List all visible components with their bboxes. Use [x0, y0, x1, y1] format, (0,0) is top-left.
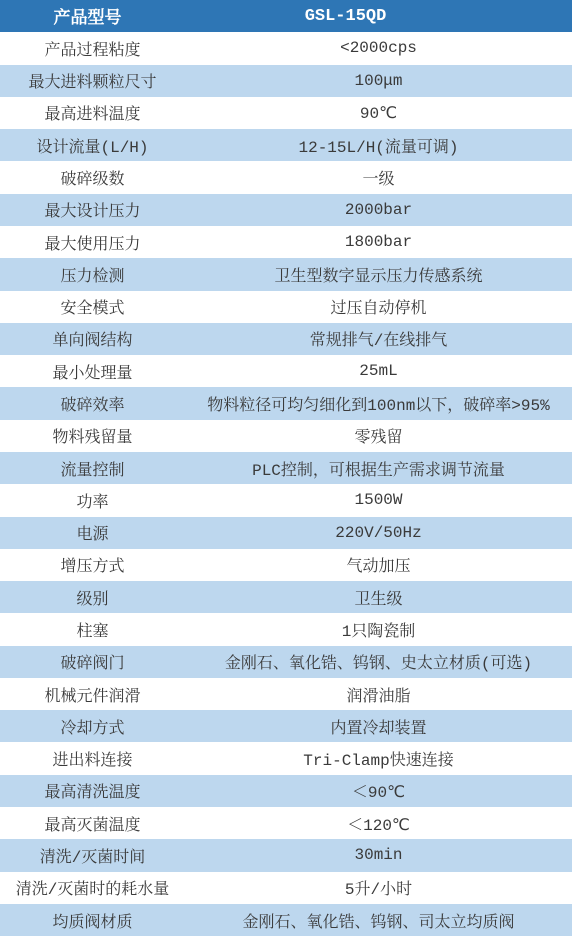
table-row: 最高清洗温度 ＜90℃	[0, 775, 572, 807]
row-label: 安全模式	[0, 295, 185, 318]
row-label: 最大设计压力	[0, 198, 185, 221]
row-value: 零残留	[185, 424, 572, 447]
row-value: 12-15L/H(流量可调)	[185, 134, 572, 157]
row-label: 均质阀材质	[0, 909, 185, 932]
row-value: 5升/小时	[185, 876, 572, 899]
table-header-row: 产品型号 GSL-15QD	[0, 0, 572, 32]
row-label: 单向阀结构	[0, 327, 185, 350]
table-row: 破碎阀门 金刚石、氧化锆、钨钢、史太立材质(可选)	[0, 646, 572, 678]
row-label: 最小处理量	[0, 360, 185, 383]
row-value: 25mL	[185, 362, 572, 380]
row-label: 增压方式	[0, 553, 185, 576]
table-row: 最大使用压力 1800bar	[0, 226, 572, 258]
table-row: 功率 1500W	[0, 484, 572, 516]
row-label: 冷却方式	[0, 715, 185, 738]
row-value: 润滑油脂	[185, 683, 572, 706]
table-row: 安全模式 过压自动停机	[0, 291, 572, 323]
row-value: 气动加压	[185, 553, 572, 576]
table-row: 进出料连接 Tri-Clamp快速连接	[0, 742, 572, 774]
row-value: ＜90℃	[185, 779, 572, 802]
table-row: 破碎级数 一级	[0, 161, 572, 193]
table-row: 流量控制 PLC控制，可根据生产需求调节流量	[0, 452, 572, 484]
row-value: 1800bar	[185, 233, 572, 251]
row-label: 最大进料颗粒尺寸	[0, 69, 185, 92]
table-row: 最高进料温度 90℃	[0, 97, 572, 129]
row-label: 破碎效率	[0, 392, 185, 415]
header-value: GSL-15QD	[185, 7, 572, 26]
table-row: 最大设计压力 2000bar	[0, 194, 572, 226]
table-row: 设计流量(L/H) 12-15L/H(流量可调)	[0, 129, 572, 161]
row-label: 流量控制	[0, 457, 185, 480]
table-row: 增压方式 气动加压	[0, 549, 572, 581]
row-value: Tri-Clamp快速连接	[185, 747, 572, 770]
table-row: 最小处理量 25mL	[0, 355, 572, 387]
row-label: 电源	[0, 521, 185, 544]
spec-table: 产品型号 GSL-15QD 产品过程粘度 <2000cps 最大进料颗粒尺寸 1…	[0, 0, 572, 936]
row-label: 最高灭菌温度	[0, 812, 185, 835]
table-row: 均质阀材质 金刚石、氧化锆、钨钢、司太立均质阀	[0, 904, 572, 936]
row-value: 卫生型数字显示压力传感系统	[185, 263, 572, 286]
row-value: 1500W	[185, 491, 572, 509]
row-value: <2000cps	[185, 39, 572, 57]
row-label: 清洗/灭菌时间	[0, 844, 185, 867]
table-row: 电源 220V/50Hz	[0, 517, 572, 549]
row-value: ＜120℃	[185, 812, 572, 835]
table-row: 机械元件润滑 润滑油脂	[0, 678, 572, 710]
row-value: 30min	[185, 846, 572, 864]
row-label: 最高清洗温度	[0, 779, 185, 802]
table-row: 单向阀结构 常规排气/在线排气	[0, 323, 572, 355]
table-row: 清洗/灭菌时的耗水量 5升/小时	[0, 872, 572, 904]
row-value: 100μm	[185, 72, 572, 90]
row-label: 产品过程粘度	[0, 37, 185, 60]
table-row: 冷却方式 内置冷却装置	[0, 710, 572, 742]
row-label: 最大使用压力	[0, 231, 185, 254]
row-label: 压力检测	[0, 263, 185, 286]
row-value: 过压自动停机	[185, 295, 572, 318]
row-value: 金刚石、氧化锆、钨钢、司太立均质阀	[185, 909, 572, 932]
row-value: 金刚石、氧化锆、钨钢、史太立材质(可选)	[185, 650, 572, 673]
row-label: 级别	[0, 586, 185, 609]
row-value: 内置冷却装置	[185, 715, 572, 738]
row-label: 机械元件润滑	[0, 683, 185, 706]
row-label: 最高进料温度	[0, 101, 185, 124]
header-label: 产品型号	[0, 3, 185, 29]
row-label: 进出料连接	[0, 747, 185, 770]
row-value: 常规排气/在线排气	[185, 327, 572, 350]
row-value: 1只陶瓷制	[185, 618, 572, 641]
row-value: 220V/50Hz	[185, 524, 572, 542]
table-row: 产品过程粘度 <2000cps	[0, 32, 572, 64]
row-label: 设计流量(L/H)	[0, 134, 185, 157]
row-value: PLC控制，可根据生产需求调节流量	[185, 457, 572, 480]
table-row: 清洗/灭菌时间 30min	[0, 839, 572, 871]
table-row: 级别 卫生级	[0, 581, 572, 613]
table-row: 最高灭菌温度 ＜120℃	[0, 807, 572, 839]
table-row: 最大进料颗粒尺寸 100μm	[0, 65, 572, 97]
row-value: 90℃	[185, 103, 572, 123]
row-label: 柱塞	[0, 618, 185, 641]
row-label: 清洗/灭菌时的耗水量	[0, 876, 185, 899]
row-label: 破碎级数	[0, 166, 185, 189]
table-row: 破碎效率 物料粒径可均匀细化到100nm以下，破碎率>95%	[0, 387, 572, 419]
row-value: 卫生级	[185, 586, 572, 609]
row-label: 功率	[0, 489, 185, 512]
row-label: 物料残留量	[0, 424, 185, 447]
table-row: 压力检测 卫生型数字显示压力传感系统	[0, 258, 572, 290]
table-row: 柱塞 1只陶瓷制	[0, 613, 572, 645]
row-value: 2000bar	[185, 201, 572, 219]
row-value: 一级	[185, 166, 572, 189]
row-value: 物料粒径可均匀细化到100nm以下，破碎率>95%	[185, 392, 572, 415]
row-label: 破碎阀门	[0, 650, 185, 673]
table-row: 物料残留量 零残留	[0, 420, 572, 452]
